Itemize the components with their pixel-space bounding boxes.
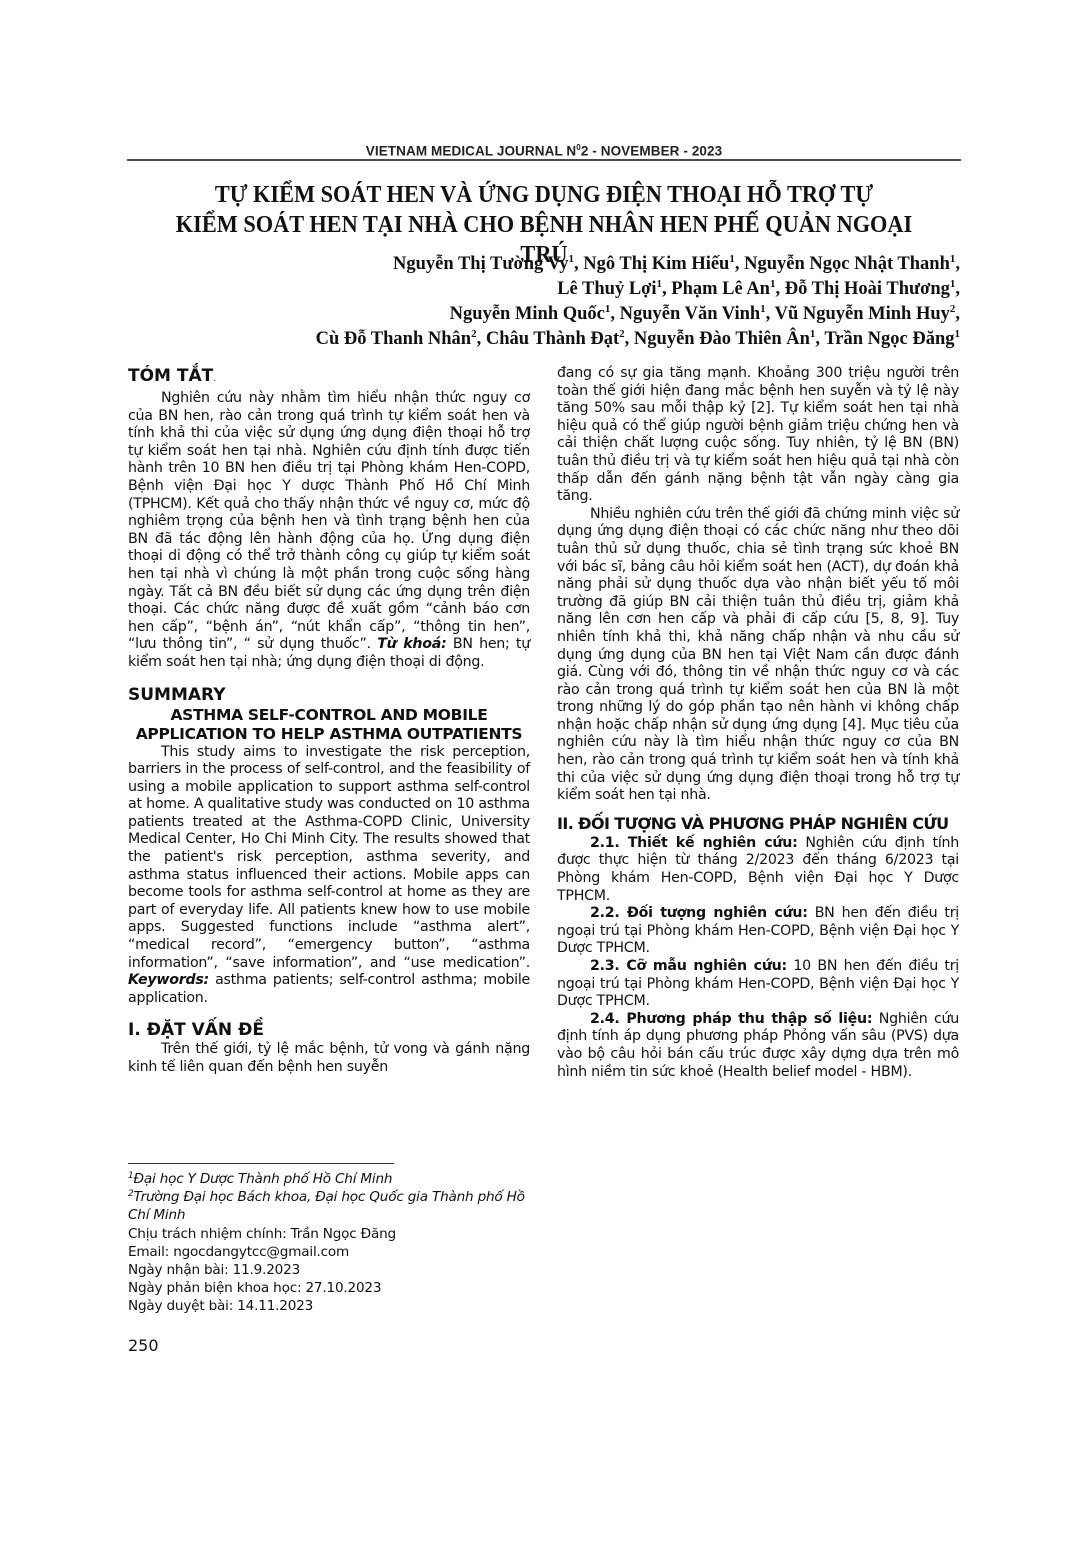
separator: ,: [955, 304, 960, 324]
abstract-en-body: This study aims to investigate the risk …: [128, 744, 530, 1008]
separator: ,: [574, 254, 583, 274]
left-column: TÓM TẮT. Nghiên cứu này nhằm tìm hiểu nh…: [128, 365, 530, 1077]
issue-date: 2 - NOVEMBER - 2023: [581, 144, 722, 159]
date-reviewed: Ngày phản biện khoa học: 27.10.2023: [128, 1279, 530, 1297]
abstract-vi-body: Nghiên cứu này nhằm tìm hiểu nhận thức n…: [128, 390, 530, 672]
author-list: Nguyễn Thị Tường Vy1, Ngô Thị Kim Hiếu1,…: [150, 252, 960, 352]
section-1-paragraph-continued: đang có sự gia tăng mạnh. Khoảng 300 tri…: [557, 365, 959, 506]
header-rule: [127, 159, 961, 161]
author-name: Ngô Thị Kim Hiếu: [583, 254, 729, 274]
separator: ,: [610, 304, 619, 324]
summary-title: ASTHMA SELF-CONTROL AND MOBILEAPPLICATIO…: [128, 706, 530, 744]
separator: ,: [662, 279, 671, 299]
author-name: Nguyễn Minh Quốc: [450, 304, 605, 324]
corresponding-author: Chịu trách nhiệm chính: Trần Ngọc Đăng: [128, 1225, 530, 1243]
separator: ,: [477, 329, 486, 349]
affiliation-1: 1Đại học Y Dược Thành phố Hồ Chí Minh: [128, 1170, 530, 1188]
affiliation-text: Trường Đại học Bách khoa, Đại học Quốc g…: [128, 1189, 525, 1223]
separator: ,: [625, 329, 634, 349]
abstract-text: This study aims to investigate the risk …: [128, 744, 530, 971]
author-line: Nguyễn Minh Quốc1, Nguyễn Văn Vinh1, Vũ …: [150, 302, 960, 327]
author-name: Châu Thành Đạt: [486, 329, 619, 349]
footnotes: 1Đại học Y Dược Thành phố Hồ Chí Minh 2T…: [128, 1170, 530, 1316]
author-line: Nguyễn Thị Tường Vy1, Ngô Thị Kim Hiếu1,…: [150, 252, 960, 277]
keywords-label: Từ khoá:: [377, 636, 446, 652]
subsection-label: 2.2. Đối tượng nghiên cứu:: [590, 905, 808, 921]
author-name: Nguyễn Đào Thiên Ân: [634, 329, 810, 349]
affiliation-2: 2Trường Đại học Bách khoa, Đại học Quốc …: [128, 1188, 530, 1224]
author-name: Nguyễn Thị Tường Vy: [393, 254, 568, 274]
separator: ,: [766, 304, 775, 324]
abstract-text: Nghiên cứu này nhằm tìm hiểu nhận thức n…: [128, 390, 530, 652]
subsection-2-1: 2.1. Thiết kế nghiên cứu: Nghiên cứu địn…: [557, 835, 959, 905]
author-name: Nguyễn Ngọc Nhật Thanh: [744, 254, 950, 274]
journal-name: VIETNAM MEDICAL JOURNAL N: [366, 144, 577, 159]
date-accepted: Ngày duyệt bài: 14.11.2023: [128, 1297, 530, 1315]
footnote-rule: [128, 1163, 394, 1164]
section-2-heading: II. ĐỐI TƯỢNG VÀ PHƯƠNG PHÁP NGHIÊN CỨU: [557, 813, 959, 835]
section-1-paragraph-2: Nhiều nghiên cứu trên thế giới đã chứng …: [557, 506, 959, 805]
subsection-label: 2.1. Thiết kế nghiên cứu:: [590, 835, 798, 851]
page-number: 250: [128, 1336, 159, 1355]
separator: ,: [815, 329, 824, 349]
date-received: Ngày nhận bài: 11.9.2023: [128, 1261, 530, 1279]
author-name: Vũ Nguyễn Minh Huy: [775, 304, 950, 324]
subsection-2-2: 2.2. Đối tượng nghiên cứu: BN hen đến đi…: [557, 905, 959, 958]
right-column: đang có sự gia tăng mạnh. Khoảng 300 tri…: [557, 365, 959, 1081]
email: Email: ngocdangytcc@gmail.com: [128, 1243, 530, 1261]
title-line-1: TỰ KIỂM SOÁT HEN VÀ ỨNG DỤNG ĐIỆN THOẠI …: [156, 180, 932, 210]
spacer: [128, 672, 530, 684]
abstract-vi-heading: TÓM TẮT.: [128, 365, 530, 390]
separator: ,: [735, 254, 744, 274]
running-head: VIETNAM MEDICAL JOURNAL N02 - NOVEMBER -…: [127, 143, 961, 159]
affiliation-text: Đại học Y Dược Thành phố Hồ Chí Minh: [134, 1171, 393, 1187]
author-line: Lê Thuỷ Lợi1, Phạm Lê An1, Đỗ Thị Hoài T…: [150, 277, 960, 302]
heading-mark: .: [213, 374, 216, 383]
author-name: Trần Ngọc Đăng: [824, 329, 954, 349]
author-name: Phạm Lê An: [671, 279, 770, 299]
author-name: Lê Thuỷ Lợi: [557, 279, 656, 299]
journal-page: VIETNAM MEDICAL JOURNAL N02 - NOVEMBER -…: [0, 0, 1090, 1541]
author-line: Cù Đỗ Thanh Nhân2, Châu Thành Đạt2, Nguy…: [150, 327, 960, 352]
keywords-label: Keywords:: [128, 972, 209, 988]
separator: ,: [775, 279, 784, 299]
separator: ,: [955, 254, 960, 274]
author-name: Nguyễn Văn Vinh: [620, 304, 761, 324]
separator: ,: [955, 279, 960, 299]
heading-text: TÓM TẮT: [128, 366, 213, 386]
summary-title-line-1: ASTHMA SELF-CONTROL AND MOBILE: [170, 706, 487, 724]
summary-heading: SUMMARY: [128, 684, 530, 706]
section-1-paragraph: Trên thế giới, tỷ lệ mắc bệnh, tử vong v…: [128, 1041, 530, 1076]
spacer: [557, 805, 959, 813]
author-name: Cù Đỗ Thanh Nhân: [316, 329, 471, 349]
subsection-label: 2.4. Phương pháp thu thập số liệu:: [590, 1011, 872, 1027]
author-name: Đỗ Thị Hoài Thương: [785, 279, 950, 299]
spacer: [128, 1007, 530, 1019]
subsection-2-3: 2.3. Cỡ mẫu nghiên cứu: 10 BN hen đến đi…: [557, 958, 959, 1011]
section-1-heading: I. ĐẶT VẤN ĐỀ: [128, 1019, 530, 1041]
affiliation-mark: 1: [955, 328, 961, 340]
subsection-label: 2.3. Cỡ mẫu nghiên cứu:: [590, 958, 787, 974]
summary-title-line-2: APPLICATION TO HELP ASTHMA OUTPATIENTS: [136, 725, 523, 743]
subsection-2-4: 2.4. Phương pháp thu thập số liệu: Nghiê…: [557, 1011, 959, 1081]
